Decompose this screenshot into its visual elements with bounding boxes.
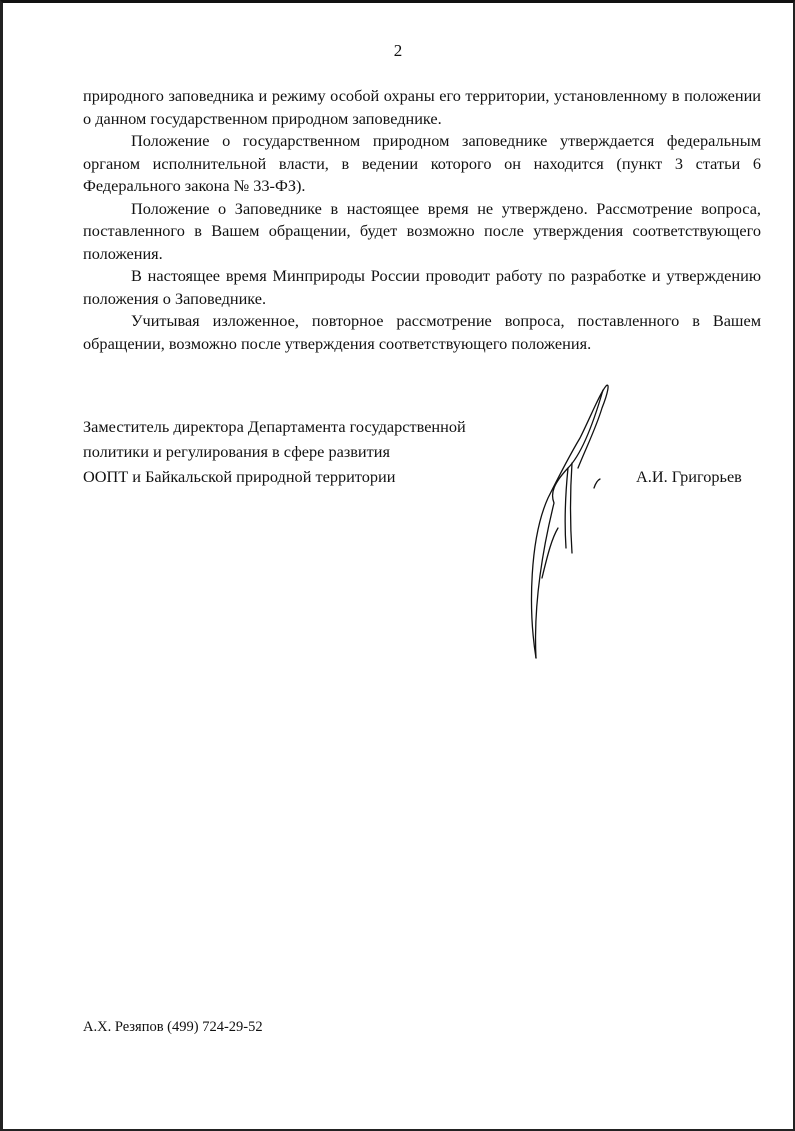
paragraph: природного заповедника и режиму особой о… <box>83 85 761 130</box>
signatory-title-line: ООПТ и Байкальской природной территории <box>83 464 543 489</box>
paragraph: Положение о Заповеднике в настоящее врем… <box>83 198 761 266</box>
executor-contact: А.Х. Резяпов (499) 724-29-52 <box>83 1017 263 1037</box>
signatory-title: Заместитель директора Департамента госуд… <box>83 414 543 489</box>
paragraph: Положение о государственном природном за… <box>83 130 761 198</box>
signatory-name: А.И. Григорьев <box>636 464 742 489</box>
letter-body: природного заповедника и режиму особой о… <box>83 85 761 355</box>
paragraph: В настоящее время Минприроды России пров… <box>83 265 761 310</box>
handwritten-signature-icon <box>508 378 628 663</box>
paragraph: Учитывая изложенное, повторное рассмотре… <box>83 310 761 355</box>
signatory-title-line: Заместитель директора Департамента госуд… <box>83 414 543 439</box>
signatory-title-line: политики и регулирования в сфере развити… <box>83 439 543 464</box>
page-number: 2 <box>3 41 793 61</box>
document-page: 2 природного заповедника и режиму особой… <box>0 0 795 1131</box>
